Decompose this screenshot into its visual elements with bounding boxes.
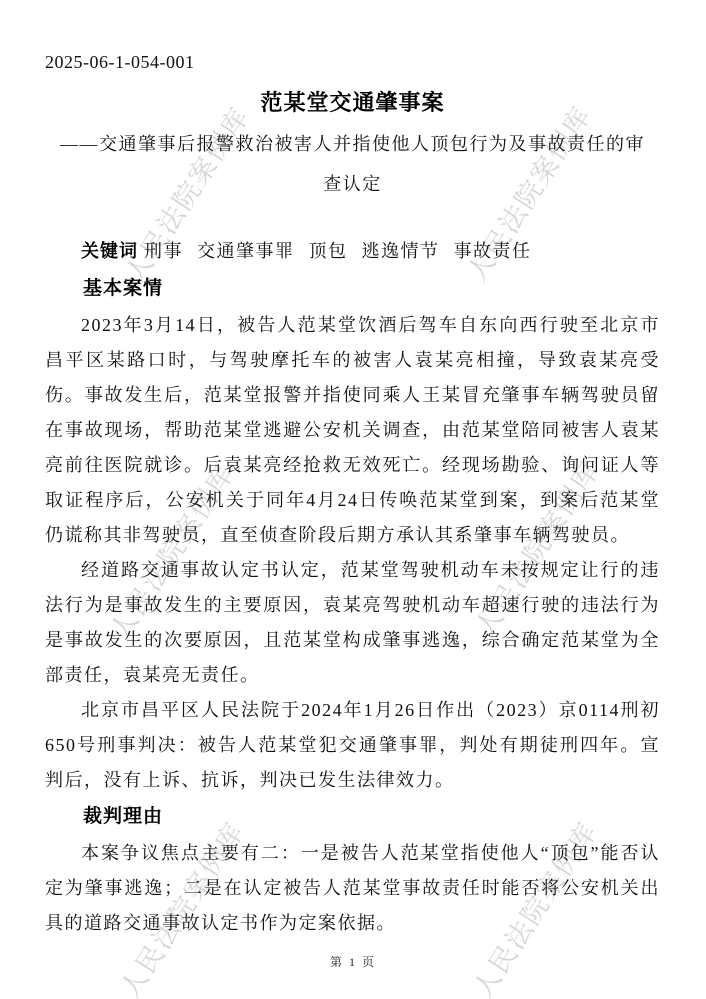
page-number: 第 1 页 (0, 953, 706, 970)
paragraph-facts-2: 经道路交通事故认定书认定，范某堂驾驶机动车未按规定让行的违法行为是事故发生的主要… (45, 553, 660, 693)
paragraph-reasoning-1: 本案争议焦点主要有二：一是被告人范某堂指使他人“顶包”能否认定为肇事逃逸；二是在… (45, 836, 660, 941)
keyword-term: 顶包 (309, 241, 348, 261)
section-heading-judgment-reasoning: 裁判理由 (45, 798, 660, 836)
case-title: 范某堂交通肇事案 (45, 90, 660, 116)
document-page: 人民法院案例库 人民法院案例库 人民法院案例库 人民法院案例库 人民法院案例库 … (0, 0, 706, 999)
document-content: 2025-06-1-054-001 范某堂交通肇事案 ——交通肇事后报警救治被害… (0, 0, 706, 941)
keyword-term: 逃逸情节 (362, 241, 440, 261)
section-heading-basic-facts: 基本案情 (45, 270, 660, 308)
case-subtitle: ——交通肇事后报警救治被害人并指使他人顶包行为及事故责任的审查认定 (53, 124, 653, 204)
keywords-line: 关键词刑事交通肇事罪顶包逃逸情节事故责任 (45, 232, 660, 270)
keyword-term: 交通肇事罪 (197, 241, 295, 261)
keyword-term: 刑事 (144, 241, 183, 261)
case-number: 2025-06-1-054-001 (45, 50, 660, 74)
keywords-label: 关键词 (81, 241, 138, 261)
keyword-term: 事故责任 (454, 241, 532, 261)
paragraph-facts-3: 北京市昌平区人民法院于2024年1月26日作出（2023）京0114刑初650号… (45, 693, 660, 798)
paragraph-facts-1: 2023年3月14日，被告人范某堂饮酒后驾车自东向西行驶至北京市昌平区某路口时，… (45, 308, 660, 553)
